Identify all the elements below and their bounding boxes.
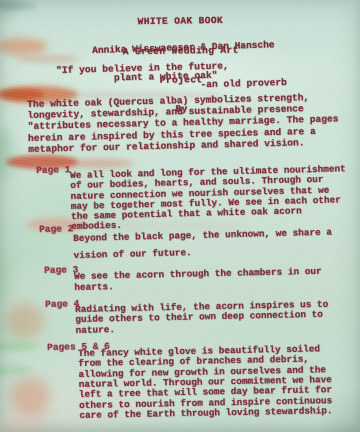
- proverb-quote: "If you believe in the future, plant a w…: [56, 61, 287, 94]
- watercolor-stain-green-bottom2: [0, 365, 32, 375]
- watercolor-stain-salmon-bottom-blob: [10, 377, 50, 417]
- watercolor-stain-green-left-lower: [0, 253, 10, 301]
- page-3-text: We see the acorn through the chambers in…: [74, 266, 322, 293]
- page-4-text: Radiating with life, the acorn inspires …: [75, 300, 329, 337]
- page-2-text: Beyond the black page, the unknown, we s…: [73, 224, 333, 264]
- watercolor-stain-peach-bottomleft: [0, 415, 50, 432]
- page-1-label: Page 1: [36, 164, 70, 176]
- title-line-1: WHITE OAK BOOK: [0, 14, 360, 29]
- pages-5-6-text: The fancy white glove is beautifully soi…: [78, 344, 333, 421]
- watercolor-stain-green-bottom1: [0, 341, 38, 351]
- page-2-label: Page 2: [39, 223, 73, 235]
- watercolor-stain-red-page1-tail: [60, 159, 134, 168]
- page-1-text: We all look and long for the ultimate no…: [70, 164, 347, 232]
- watercolor-stain-tan-page4: [6, 303, 44, 339]
- typewritten-page-photo: WHITE OAK BOOK A Green Wedding Art Proje…: [0, 0, 360, 432]
- intro-paragraph: The white oak (Quercus alba) symbolizes …: [27, 91, 339, 155]
